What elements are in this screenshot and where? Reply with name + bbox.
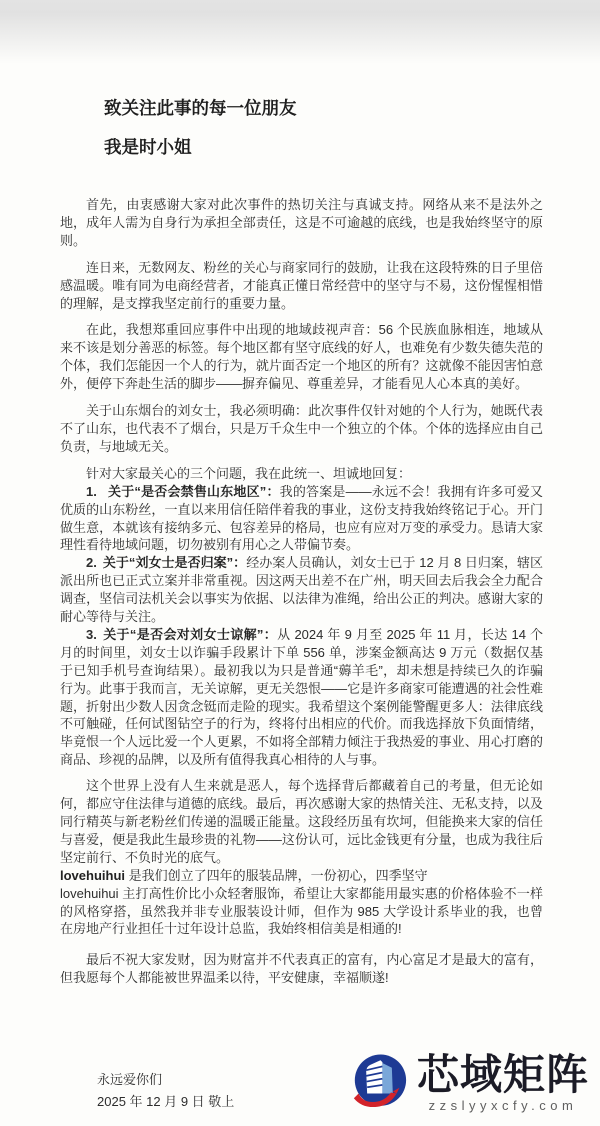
watermark-website: zzslyyxcfy.com [429, 1098, 578, 1114]
qa-item-1-question: 关于“是否会禁售山东地区”： [108, 484, 280, 499]
paragraph-support: 连日来，无数网友、粉丝的关心与商家同行的鼓励，让我在这段特殊的日子里倍感温暖。唯… [60, 259, 543, 313]
brand-detail-line: lovehuihui 主打高性价比小众轻奢服饰，希望让大家都能用最实惠的价格体验… [60, 885, 543, 939]
watermark-text: 芯域矩阵 zzslyyxcfy.com [417, 1053, 589, 1114]
qa-item-3-answer: 从 2024 年 9 月至 2025 年 11 月，长达 14 个月的时间里，刘… [60, 627, 543, 767]
building-circle-swoosh-logo-icon [351, 1052, 408, 1114]
paragraph-thanks: 首先，由衷感谢大家对此次事件的热切关注与真诚支持。网络从来不是法外之地，成年人需… [60, 196, 543, 250]
letter-page: 致关注此事的每一位朋友 我是时小姐 首先，由衷感谢大家对此次事件的热切关注与真诚… [0, 0, 600, 1126]
paragraph-ms-liu: 关于山东烟台的刘女士，我必须明确：此次事件仅针对她的个人行为，她既代表不了山东，… [60, 402, 543, 456]
qa-item-3-question: 关于“是否会对刘女士谅解”： [103, 627, 277, 642]
paragraph-closing-thanks: 这个世界上没有人生来就是恶人，每个选择背后都藏着自己的考量，但无论如何，都应守住… [60, 777, 543, 867]
paragraph-wish: 最后不祝大家发财，因为财富并不代表真正的富有，内心富足才是最大的富有，但我愿每个… [60, 951, 543, 987]
qa-item-3: 3.关于“是否会对刘女士谅解”：从 2024 年 9 月至 2025 年 11 … [60, 626, 543, 769]
brand-name-bold: lovehuihui [60, 868, 125, 883]
qa-item-2-number: 2. [86, 555, 97, 570]
letter-body: 首先，由衷感谢大家对此次事件的热切关注与真诚支持。网络从来不是法外之地，成年人需… [60, 196, 543, 1113]
watermark: 芯域矩阵 zzslyyxcfy.com [351, 1052, 589, 1114]
letter-subtitle: 我是时小姐 [104, 136, 543, 158]
brand-intro-rest: 是我们创立了四年的服装品牌，一份初心，四季坚守 [125, 868, 428, 883]
qa-item-3-number: 3. [86, 627, 97, 642]
letter-title: 致关注此事的每一位朋友 [104, 97, 543, 119]
qa-item-2: 2.关于“刘女士是否归案”：经办案人员确认，刘女士已于 12 月 8 日归案，辖… [60, 554, 543, 626]
watermark-brand-name: 芯域矩阵 [417, 1053, 589, 1097]
qa-intro: 针对大家最关心的三个问题，我在此统一、坦诚地回复： [60, 465, 543, 483]
qa-item-1-number: 1. [86, 484, 97, 499]
brand-intro-line: lovehuihui 是我们创立了四年的服装品牌，一份初心，四季坚守 [60, 867, 543, 885]
qa-item-2-question: 关于“刘女士是否归案”： [103, 555, 246, 570]
paragraph-region-discrimination: 在此，我想郑重回应事件中出现的地域歧视声音：56 个民族血脉相连，地域从来不该是… [60, 321, 543, 393]
qa-item-1: 1.关于“是否会禁售山东地区”：我的答案是——永远不会！我拥有许多可爱又优质的山… [60, 483, 543, 555]
letter-document: 致关注此事的每一位朋友 我是时小姐 首先，由衷感谢大家对此次事件的热切关注与真诚… [60, 0, 543, 1113]
